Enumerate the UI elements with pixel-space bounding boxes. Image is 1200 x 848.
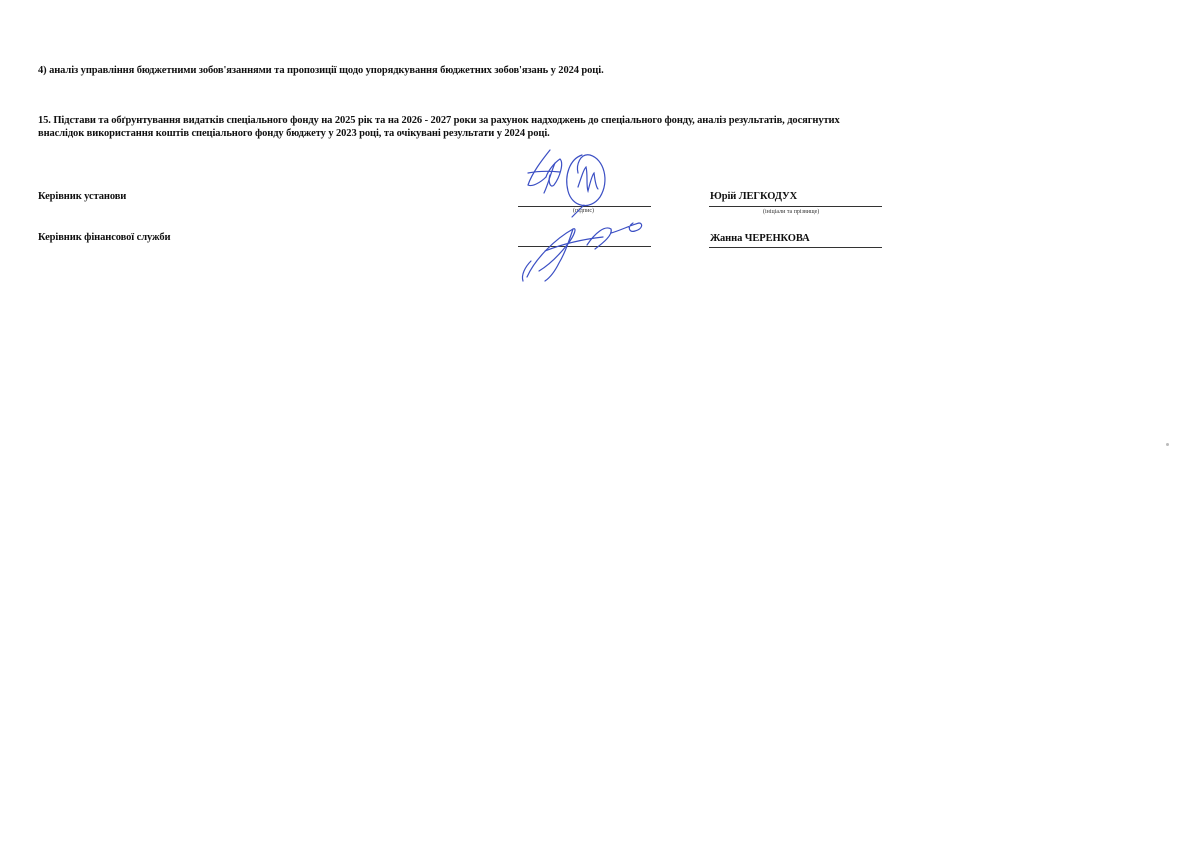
signature-line-finance <box>518 246 651 247</box>
signature-caption: (підпис) <box>573 208 594 215</box>
name-caption: (ініціали та прізвище) <box>763 209 819 216</box>
section-15-paragraph: 15. Підстави та обґрунтування видатків с… <box>38 114 840 140</box>
scan-artifact <box>1166 443 1169 446</box>
signature-line-head <box>518 206 651 207</box>
section-15-line-1: 15. Підстави та обґрунтування видатків с… <box>38 114 840 127</box>
role-head-of-institution: Керівник установи <box>38 190 126 203</box>
role-head-of-finance: Керівник фінансової служби <box>38 231 171 244</box>
name-line-head <box>709 206 882 207</box>
document-page: 4) аналіз управління бюджетними зобов'яз… <box>0 0 1200 848</box>
section-4-paragraph: 4) аналіз управління бюджетними зобов'яз… <box>38 64 604 77</box>
section-15-line-2: внаслідок використання коштів спеціально… <box>38 127 840 140</box>
handwritten-signature-icon <box>515 215 655 285</box>
name-head-of-finance: Жанна ЧЕРЕНКОВА <box>710 232 810 245</box>
name-line-finance <box>709 247 882 248</box>
name-head-of-institution: Юрій ЛЕГКОДУХ <box>710 190 797 203</box>
